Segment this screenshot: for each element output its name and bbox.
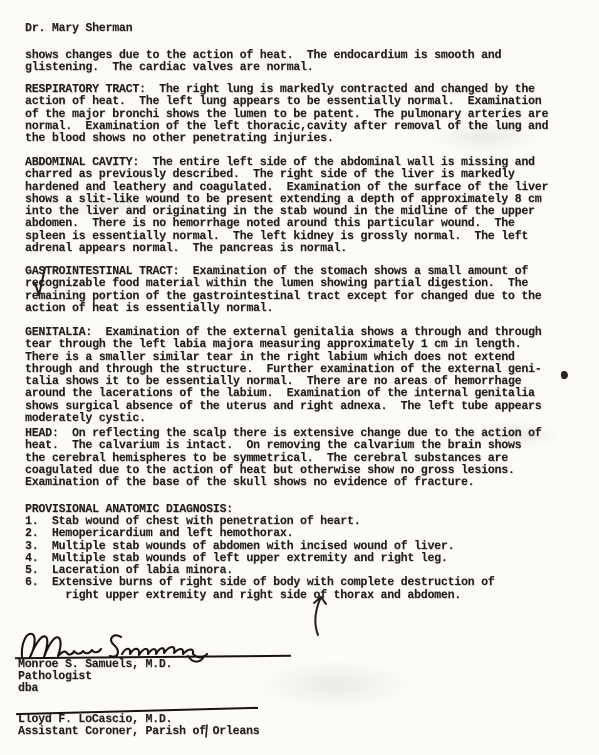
paragraph-head: HEAD: On reflecting the scalp there is e… <box>25 428 541 489</box>
pen-arrow <box>305 592 335 638</box>
paragraph-cardiac-continued: shows changes due to the action of heat.… <box>25 50 501 75</box>
paragraph-gastrointestinal: GASTROINTESTINAL TRACT: Examination of t… <box>25 266 541 315</box>
paragraph-genitalia: GENITALIA: Examination of the external g… <box>25 327 541 425</box>
pen-tick <box>204 724 210 738</box>
scan-smudge <box>260 660 410 710</box>
diagnosis-list: 1. Stab wound of chest with penetration … <box>25 516 495 602</box>
paragraph-abdominal-cavity: ABDOMINAL CAVITY: The entire left side o… <box>25 157 548 255</box>
pen-checkmark <box>33 266 49 300</box>
signer-role-coroner: Assistant Coroner, Parish of Orleans <box>18 726 259 738</box>
autopsy-report-page: Dr. Mary Sherman shows changes due to th… <box>0 0 599 755</box>
signer-note-dba: dba <box>18 683 38 695</box>
patient-name-header: Dr. Mary Sherman <box>25 23 132 35</box>
ink-blot <box>561 371 568 379</box>
paragraph-respiratory-tract: RESPIRATORY TRACT: The right lung is mar… <box>25 84 548 145</box>
